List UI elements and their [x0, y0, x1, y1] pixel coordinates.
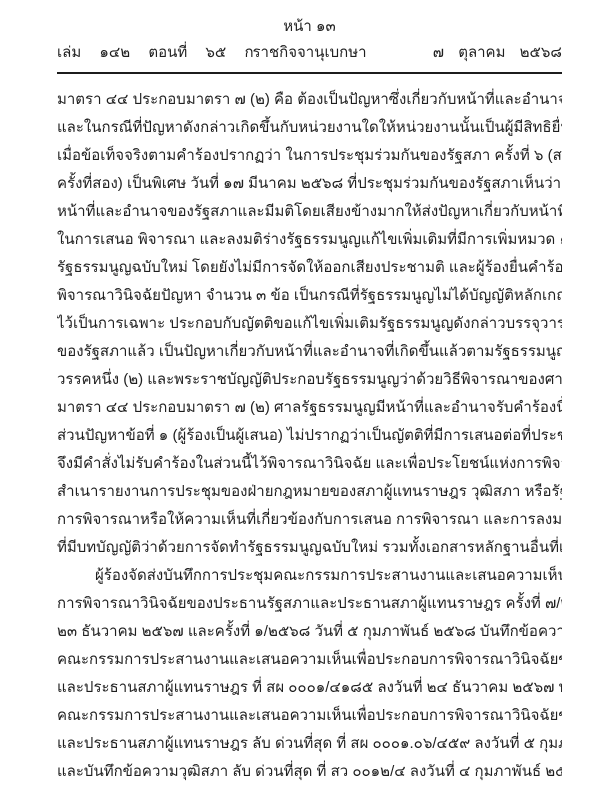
text-line: การพิจารณาวินิจฉัยของประธานรัฐสภาและประธ…	[57, 590, 562, 618]
text-line: คณะกรรมการประสานงานและเสนอความเห็นเพื่อป…	[57, 702, 562, 730]
text-line: รัฐธรรมนูญฉบับใหม่ โดยยังไม่มีการจัดให้อ…	[57, 254, 562, 282]
text-line: วรรคหนึ่ง (๒) และพระราชบัญญัติประกอบรัฐธ…	[57, 366, 562, 394]
paragraph: มาตรา ๔๔ ประกอบมาตรา ๗ (๒) คือ ต้องเป็นป…	[57, 86, 562, 562]
text-line: มาตรา ๔๔ ประกอบมาตรา ๗ (๒) ศาลรัฐธรรมนูญ…	[57, 394, 562, 422]
text-line: และประธานสภาผู้แทนราษฎร ลับ ด่วนที่สุด ท…	[57, 730, 562, 758]
text-line: ของรัฐสภาแล้ว เป็นปัญหาเกี่ยวกับหน้าที่แ…	[57, 338, 562, 366]
masthead-row: เล่ม ๑๔๒ ตอนที่ ๖๕ ก ราชกิจจานุเบกษา ๗ ต…	[57, 42, 562, 64]
text-line: ๒๓ ธันวาคม ๒๕๖๗ และครั้งที่ ๑/๒๕๖๘ วันที…	[57, 618, 562, 646]
header-rule	[57, 72, 562, 74]
text-line: เมื่อข้อเท็จจริงตามคำร้องปรากฏว่า ในการป…	[57, 142, 562, 170]
gazette-page: หน้า ๑๓ เล่ม ๑๔๒ ตอนที่ ๖๕ ก ราชกิจจานุเ…	[0, 0, 616, 812]
page-label: หน้า	[283, 18, 312, 35]
text-line: และในกรณีที่ปัญหาดังกล่าวเกิดขึ้นกับหน่ว…	[57, 114, 562, 142]
date-day: ๗	[433, 44, 444, 61]
text-line: คณะกรรมการประสานงานและเสนอความเห็นเพื่อป…	[57, 646, 562, 674]
text-line: ครั้งที่สอง) เป็นพิเศษ วันที่ ๑๗ มีนาคม …	[57, 170, 562, 198]
page-number: ๑๓	[316, 18, 336, 35]
text-line: ส่วนปัญหาข้อที่ ๑ (ผู้ร้องเป็นผู้เสนอ) ไ…	[57, 422, 562, 450]
text-line: สำเนารายงานการประชุมของฝ่ายกฎหมายของสภาผ…	[57, 478, 562, 506]
document-body: มาตรา ๔๔ ประกอบมาตรา ๗ (๒) คือ ต้องเป็นป…	[57, 86, 562, 786]
text-line: ที่มีบทบัญญัติว่าด้วยการจัดทำรัฐธรรมนูญฉ…	[57, 534, 562, 562]
text-line: พิจารณาวินิจฉัยปัญหา จำนวน ๓ ข้อ เป็นกรณ…	[57, 282, 562, 310]
paragraph: ผู้ร้องจัดส่งบันทึกการประชุมคณะกรรมการปร…	[57, 562, 562, 786]
text-line: ผู้ร้องจัดส่งบันทึกการประชุมคณะกรรมการปร…	[57, 562, 562, 590]
text-line: และประธานสภาผู้แทนราษฎร ที่ สผ ๐๐๐๑/๔๑๘๕…	[57, 674, 562, 702]
text-line: และบันทึกข้อความวุฒิสภา ลับ ด่วนที่สุด ท…	[57, 758, 562, 786]
page-number-row: หน้า ๑๓	[57, 16, 562, 38]
text-line: หน้าที่และอำนาจของรัฐสภาและมีมติโดยเสียง…	[57, 198, 562, 226]
text-line: การพิจารณาหรือให้ความเห็นที่เกี่ยวข้องกั…	[57, 506, 562, 534]
date-year: ๒๕๖๘	[520, 44, 562, 61]
text-line: ในการเสนอ พิจารณา และลงมติร่างรัฐธรรมนูญ…	[57, 226, 562, 254]
text-line: จึงมีคำสั่งไม่รับคำร้องในส่วนนี้ไว้พิจาร…	[57, 450, 562, 478]
text-line: มาตรา ๔๔ ประกอบมาตรา ๗ (๒) คือ ต้องเป็นป…	[57, 86, 562, 114]
date-month: ตุลาคม	[458, 44, 505, 61]
gazette-date: ๗ ตุลาคม ๒๕๖๘	[423, 42, 562, 64]
text-line: ไว้เป็นการเฉพาะ ประกอบกับญัตติขอแก้ไขเพิ…	[57, 310, 562, 338]
